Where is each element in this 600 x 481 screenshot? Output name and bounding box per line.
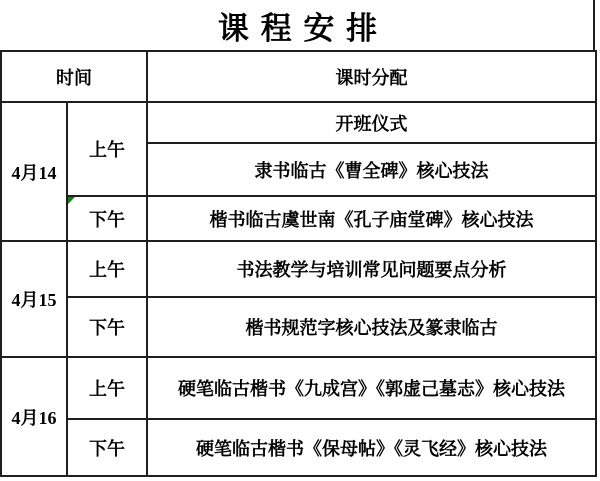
content-cell: 硬笔临古楷书《九成宫》《郭虚己墓志》核心技法 xyxy=(147,357,596,419)
period-cell: 下午 xyxy=(67,297,147,357)
date-cell: 4月14 xyxy=(1,102,67,241)
date-cell: 4月15 xyxy=(1,241,67,357)
content-cell: 隶书临古《曹全碑》核心技法 xyxy=(147,143,596,196)
period-label: 下午 xyxy=(89,210,125,230)
table-row: 下午 硬笔临古楷书《保母帖》《灵飞经》核心技法 xyxy=(1,419,596,476)
schedule-page: 课程安排 时间 课时分配 4月14 上午 开班仪式 隶书临古《曹全碑》核心技法 xyxy=(0,0,600,481)
green-corner-marker-icon xyxy=(68,197,75,204)
period-cell: 下午 xyxy=(67,419,147,476)
title-right-border xyxy=(593,0,595,52)
page-title: 课程安排 xyxy=(0,0,595,50)
table-row: 4月14 上午 开班仪式 xyxy=(1,102,596,143)
date-cell: 4月16 xyxy=(1,357,67,476)
table-row: 时间 课时分配 xyxy=(1,51,596,102)
table-row: 下午 楷书临古虞世南《孔子庙堂碑》核心技法 xyxy=(1,196,596,241)
content-cell: 开班仪式 xyxy=(147,102,596,143)
content-cell: 楷书临古虞世南《孔子庙堂碑》核心技法 xyxy=(147,196,596,241)
content-cell: 硬笔临古楷书《保母帖》《灵飞经》核心技法 xyxy=(147,419,596,476)
content-cell: 书法教学与培训常见问题要点分析 xyxy=(147,241,596,297)
period-cell: 下午 xyxy=(67,196,147,241)
table-row: 下午 楷书规范字核心技法及篆隶临古 xyxy=(1,297,596,357)
content-cell: 楷书规范字核心技法及篆隶临古 xyxy=(147,297,596,357)
table-row: 4月15 上午 书法教学与培训常见问题要点分析 xyxy=(1,241,596,297)
period-cell: 上午 xyxy=(67,357,147,419)
header-cell-time: 时间 xyxy=(1,51,147,102)
schedule-table: 时间 课时分配 4月14 上午 开班仪式 隶书临古《曹全碑》核心技法 下午 楷书… xyxy=(0,50,597,477)
header-cell-allocation: 课时分配 xyxy=(147,51,596,102)
table-row: 4月16 上午 硬笔临古楷书《九成宫》《郭虚己墓志》核心技法 xyxy=(1,357,596,419)
period-cell: 上午 xyxy=(67,102,147,196)
period-cell: 上午 xyxy=(67,241,147,297)
